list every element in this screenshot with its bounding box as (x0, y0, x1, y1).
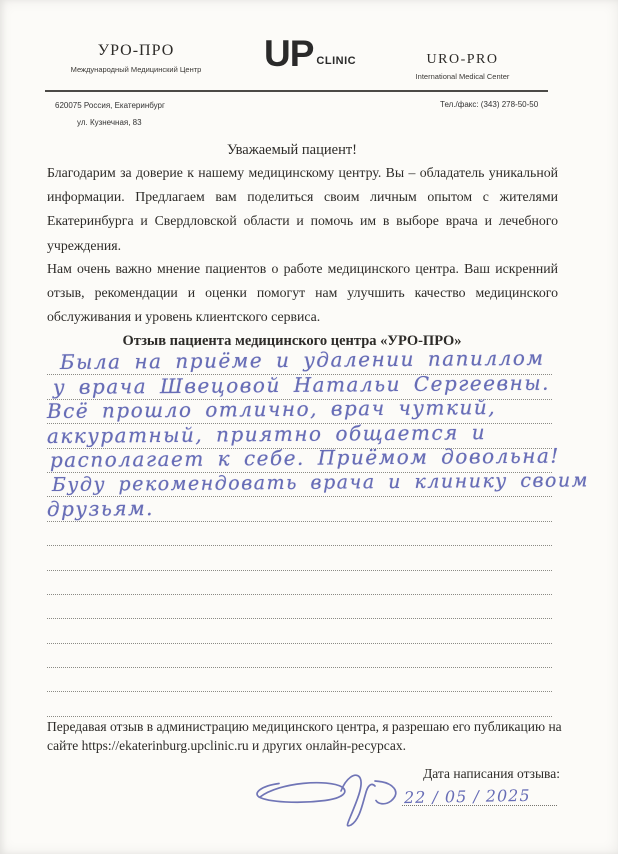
handwritten-text: Всё прошло отлично, врач чуткий, (47, 395, 496, 423)
uro-pro-logo-subtitle: Международный Медицинский Центр (60, 65, 212, 74)
review-line (47, 692, 552, 716)
up-clinic-logo-main: UP (264, 36, 313, 72)
uro-pro-en-subtitle: International Medical Center (385, 72, 540, 81)
address-line-1: 620075 Россия, Екатеринбург (55, 101, 165, 110)
handwritten-text: располагает к себе. Приёмом довольна! (50, 444, 560, 472)
review-line (47, 571, 552, 595)
intro-paragraph-2: Нам очень важно мнение пациентов о работ… (47, 257, 558, 330)
signature-ink (230, 768, 470, 848)
up-clinic-logo-sub: CLINIC (316, 55, 356, 72)
review-line: располагает к себе. Приёмом довольна! (47, 449, 552, 473)
header-divider (45, 90, 548, 92)
review-line: друзьям. (47, 497, 552, 521)
review-line (47, 522, 552, 546)
uro-pro-en-name: URO-PRO (385, 52, 540, 68)
handwritten-text: друзьям. (47, 496, 154, 521)
consent-text: Передавая отзыв в администрацию медицинс… (47, 718, 562, 755)
review-line (47, 668, 552, 692)
salutation: Уважаемый пациент! (47, 142, 537, 159)
review-line: Буду рекомендовать врача и клинику своим (47, 473, 552, 497)
handwritten-text: аккуратный, приятно общается и (47, 420, 486, 448)
phone-fax: Тел./факс: (343) 278-50-50 (440, 100, 538, 109)
intro-paragraph-1: Благодарим за доверие к нашему медицинск… (47, 161, 558, 258)
uro-pro-logo-name: УРО-ПРО (60, 42, 212, 60)
address-line-2: ул. Кузнечная, 83 (77, 118, 142, 127)
scanned-review-letter: УРО-ПРО Международный Медицинский Центр … (0, 0, 618, 854)
review-line (47, 619, 552, 643)
review-line (47, 595, 552, 619)
handwritten-text: Буду рекомендовать врача и клинику своим (52, 470, 589, 497)
handwritten-text: Была на приёме и удалении папиллом (60, 346, 545, 374)
uro-pro-logo-ru: УРО-ПРО Международный Медицинский Центр (60, 42, 212, 74)
review-line (47, 546, 552, 570)
up-clinic-logo: UP CLINIC (264, 36, 356, 72)
uro-pro-logo-en: URO-PRO International Medical Center (385, 52, 540, 81)
review-lines: Была на приёме и удалении папиллому врач… (47, 351, 552, 717)
review-line (47, 644, 552, 668)
